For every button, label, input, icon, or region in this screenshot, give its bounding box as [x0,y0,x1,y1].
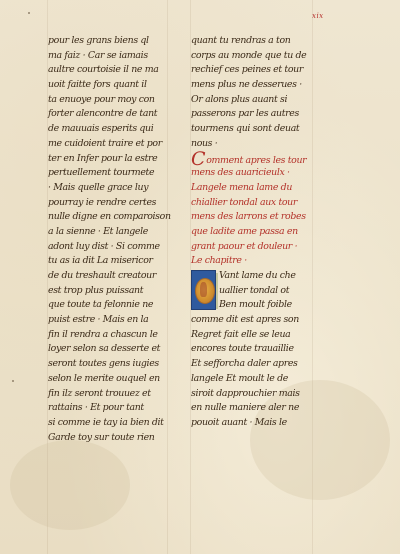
text-line: me cuidoient traire et por [48,137,170,152]
manuscript-page: xix pour les grans biens ql ma faiz · Ca… [0,0,400,554]
folio-number: xix [312,12,324,20]
text-line: Regret fait elle se leua [191,328,315,343]
initial-block: Vant lame du che uallier tondal ot Ben m… [191,269,315,313]
text-line: comme dit est apres son [191,313,315,328]
chapter-rubric: Comment apres les tour mens des auaricie… [191,152,315,270]
text-line: nulle digne en comparoison [48,210,170,225]
rubric-line: mens des auaricieulx · [191,166,315,181]
text-line: tourmens qui sont deuat [191,122,315,137]
text-line: langele Et moult le de [191,372,315,387]
figure-icon [200,282,207,297]
text-line: Vant lame du che [219,269,315,284]
text-line: fin ilz seront trouuez et [48,387,170,402]
text-line: rechief ces peines et tour [191,63,315,78]
text-line: est trop plus puissant [48,284,170,299]
text-line: corps au monde que tu de [191,49,315,64]
parchment-stain [10,440,130,530]
text-line: seront toutes gens iugies [48,357,170,372]
text-line: ma faiz · Car se iamais [48,49,170,64]
text-line: loyer selon sa desserte et [48,342,170,357]
text-line: Ben moult foible [219,298,315,313]
text-line: encores toute trauaillie [191,342,315,357]
text-line: tu as ia dit La misericor [48,254,170,269]
rubric-line: que ladite ame passa en [191,225,315,240]
text-line: puist estre · Mais en la [48,313,170,328]
rubric-line: chiallier tondal aux tour [191,196,315,211]
text-line: passerons par les autres [191,107,315,122]
text-line: aultre courtoisie il ne ma [48,63,170,78]
text-line: selon le merite ouquel en [48,372,170,387]
text-line: si comme ie tay ia bien dit [48,416,170,431]
text-line: quant tu rendras a ton [191,34,315,49]
text-line: Et sefforcha daler apres [191,357,315,372]
rubric-line: mens des larrons et robes [191,210,315,225]
rubric-line: Comment apres les tour [191,152,315,167]
rubric-line: grant paour et douleur · [191,240,315,255]
text-line: nous · [191,137,315,152]
text-line: adont luy dist · Si comme [48,240,170,255]
text-line: uallier tondal ot [219,284,315,299]
text-line: forter alencontre de tant [48,107,170,122]
pricking-mark [28,12,30,14]
text-line: rattains · Et pour tant [48,401,170,416]
text-line: pertuellement tourmete [48,166,170,181]
text-line: Or alons plus auant si [191,93,315,108]
text-line: ta enuoye pour moy con [48,93,170,108]
text-column-left: pour les grans biens ql ma faiz · Car se… [48,34,170,445]
text-line: de mauuais esperits qui [48,122,170,137]
text-line: pouoit auant · Mais le [191,416,315,431]
text-line: pour les grans biens ql [48,34,170,49]
text-line: siroit dapprouchier mais [191,387,315,402]
text-line: fin il rendra a chascun le [48,328,170,343]
text-column-right: quant tu rendras a ton corps au monde qu… [191,34,315,431]
historiated-initial-icon [191,270,216,310]
penwork-flourish [216,273,218,309]
text-line: que toute ta felonnie ne [48,298,170,313]
text-line: mens plus ne desserues · [191,78,315,93]
pricking-mark [12,380,14,382]
rubric-line: Le chapitre · [191,254,315,269]
text-line: uoit faitte fors quant il [48,78,170,93]
text-line: de du treshault creatour [48,269,170,284]
rubric-text: omment apres les tour [206,155,306,166]
text-line: pourray ie rendre certes [48,196,170,211]
rubric-initial: C [191,152,205,166]
text-line: Garde toy sur toute rien [48,431,170,446]
text-line: · Mais quelle grace luy [48,181,170,196]
text-line: en nulle maniere aler ne [191,401,315,416]
rubric-line: Langele mena lame du [191,181,315,196]
text-line: ter en Infer pour la estre [48,152,170,167]
text-line: a la sienne · Et langele [48,225,170,240]
